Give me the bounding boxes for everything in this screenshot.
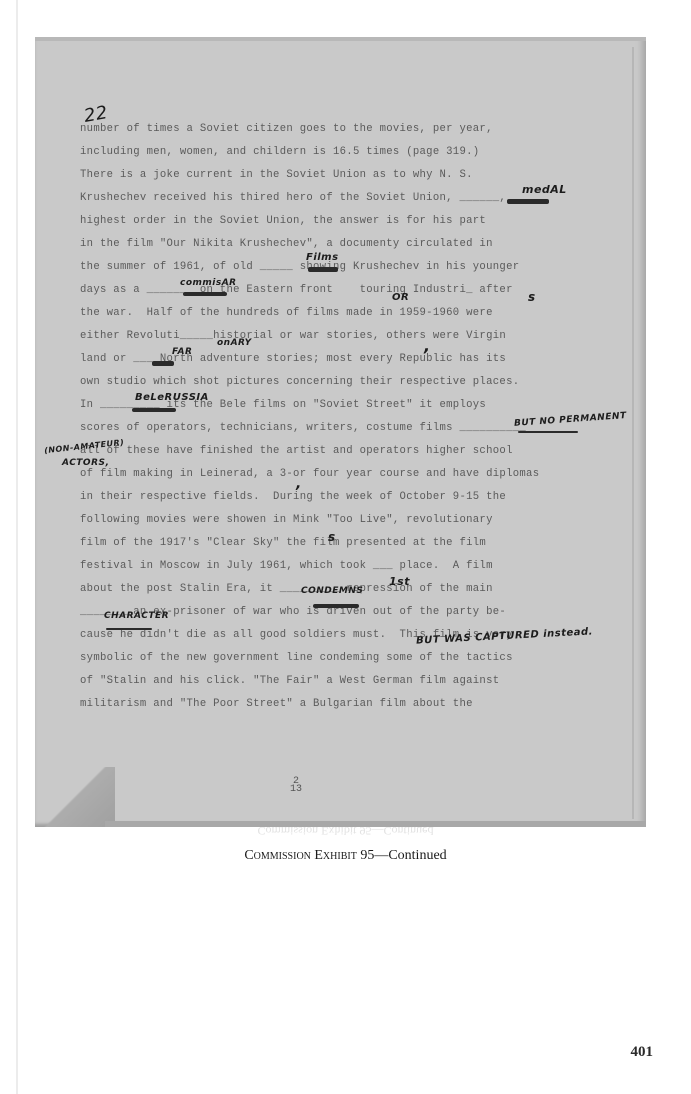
typed-line: festival in Moscow in July 1961, which t… [80, 555, 620, 578]
caption-suffix: 95—Continued [357, 848, 447, 863]
annotation-first: 1st [389, 575, 410, 588]
typed-line: highest order in the Soviet Union, the a… [80, 210, 620, 233]
typed-line: of film making in Leinerad, a 3-or four … [80, 463, 620, 486]
typed-line: symbolic of the new government line cond… [80, 647, 620, 670]
annotation-far: FAR [172, 347, 192, 357]
annotation-comma: , [424, 336, 431, 355]
bleed-caption-suffix: 95—Continued [357, 824, 434, 838]
typed-line: number of times a Soviet citizen goes to… [80, 118, 620, 141]
strikeout-mark [132, 408, 176, 412]
scan-edge [16, 0, 18, 1094]
typed-line: film of the 1917's "Clear Sky" the film … [80, 532, 620, 555]
bleed-caption-prefix: Commission Exhibit [257, 824, 356, 838]
typed-page-mark: 2 13 [290, 778, 302, 794]
strikeout-mark [518, 431, 578, 433]
strikeout-mark [308, 267, 338, 272]
bleed-through-caption: Commission Exhibit 95—Continued [0, 823, 691, 838]
annotation-or: OR [392, 292, 409, 303]
strikeout-mark [507, 199, 549, 204]
annotation-actors: ACTORS, [62, 458, 109, 468]
typed-line: land or ___ North adventure stories; mos… [80, 348, 620, 371]
typed-line: either Revoluti_____historial or war sto… [80, 325, 620, 348]
page-number: 401 [631, 1044, 654, 1061]
typed-line: militarism and "The Poor Street" a Bulga… [80, 693, 620, 716]
annotation-commisar: commisAR [180, 278, 237, 288]
typed-line: the war. Half of the hundreds of films m… [80, 302, 620, 325]
annotation-character: CHARACTER [104, 611, 169, 621]
annotation-condemns: CONDEMNS [301, 586, 363, 596]
annotation-medal: medAL [522, 183, 567, 196]
strikeout-mark [152, 361, 174, 366]
exhibit-caption: Commission Exhibit 95—Continued [0, 848, 691, 864]
strikeout-mark [106, 628, 152, 630]
strikeout-mark [183, 292, 227, 296]
caption-prefix: Commission Exhibit [244, 848, 357, 863]
annotation-comma-leinerad: , [296, 476, 302, 492]
typed-line: including men, women, and childern is 16… [80, 141, 620, 164]
annotation-minsk-s: s [328, 530, 336, 544]
typed-line: all of these have finished the artist an… [80, 440, 620, 463]
typed-line: of "Stalin and his click. "The Fair" a W… [80, 670, 620, 693]
typed-line: the summer of 1961, of old _____ showing… [80, 256, 620, 279]
typed-line: in their respective fields. During the w… [80, 486, 620, 509]
typed-line: following movies were showen in Mink "To… [80, 509, 620, 532]
annotation-onary: onARY [217, 338, 252, 348]
annotation-belerussia: BeLeRUSSIA [135, 392, 209, 403]
annotation-industries-s: s [528, 290, 536, 304]
strikeout-mark [313, 604, 359, 608]
photo-right-edge [632, 47, 634, 819]
typed-line: own studio which shot pictures concernin… [80, 371, 620, 394]
photo-top-edge [35, 37, 646, 41]
typed-line: days as a _______ on the Eastern front t… [80, 279, 620, 302]
annotation-films: Films [306, 252, 339, 263]
folded-corner [35, 767, 115, 827]
typed-line: in the film "Our Nikita Krushechev", a d… [80, 233, 620, 256]
